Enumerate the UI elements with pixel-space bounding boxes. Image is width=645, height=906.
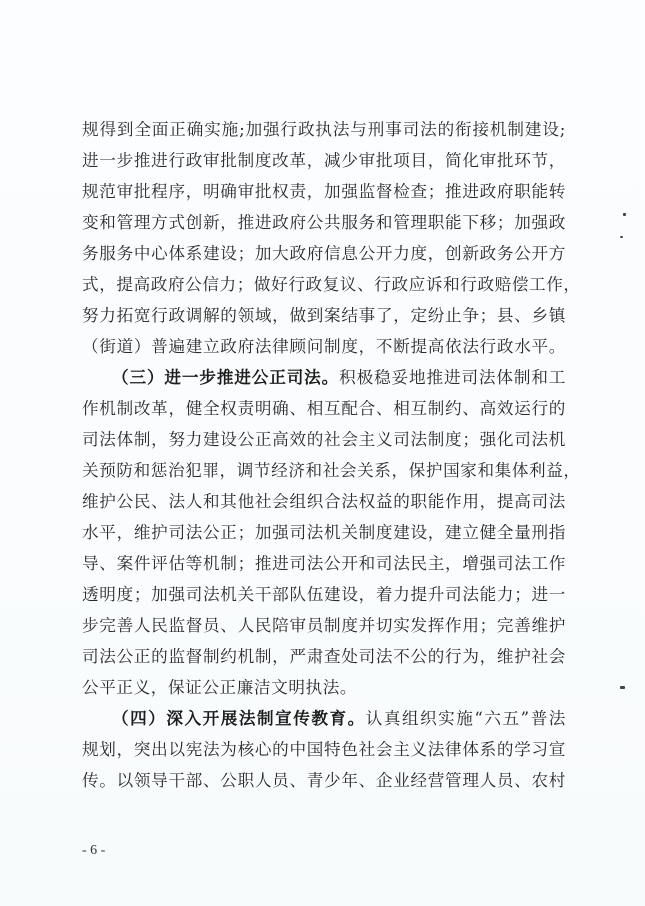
text-line: 规得到全面正确实施;加强行政执法与刑事司法的衔接机制建设; (82, 114, 566, 145)
text-line: 导、案件评估等机制；推进司法公开和司法民主，增强司法工作 (82, 548, 566, 579)
text-line: 传。以领导干部、公职人员、青少年、企业经营管理人员、农村 (82, 765, 566, 796)
text-line: 透明度；加强司法机关干部队伍建设，着力提升司法能力；进一 (82, 579, 566, 610)
scan-speck (623, 213, 626, 216)
section-4-first-line: （四）深入开展法制宣传教育。认真组织实施“六五”普法 (82, 703, 566, 734)
text-line: 作机制改革，健全权责明确、相互配合、相互制约、高效运行的 (82, 393, 566, 424)
text-line: 关预防和惩治犯罪，调节经济和社会关系，保护国家和集体利益， (82, 455, 566, 486)
text-line: 式，提高政府公信力；做好行政复议、行政应诉和行政赔偿工作， (82, 269, 566, 300)
section-3-first-line: （三）进一步推进公正司法。积极稳妥地推进司法体制和工 (82, 362, 566, 393)
text-line: 司法公正的监督制约机制，严肃查处司法不公的行为，维护社会 (82, 641, 566, 672)
section-3-first-line-text: 积极稳妥地推进司法体制和工 (339, 368, 566, 387)
text-line: 务服务中心体系建设；加大政府信息公开力度，创新政务公开方 (82, 238, 566, 269)
section-4-first-line-text: 认真组织实施“六五”普法 (366, 709, 566, 728)
section-3-heading: （三）进一步推进公正司法。 (112, 367, 339, 387)
text-line: 司法体制，努力建设公正高效的社会主义司法制度；强化司法机 (82, 424, 566, 455)
text-line: 维护公民、法人和其他社会组织合法权益的职能作用，提高司法 (82, 486, 566, 517)
scan-speck (620, 686, 625, 689)
body-text: 规得到全面正确实施;加强行政执法与刑事司法的衔接机制建设; 进一步推进行政审批制… (82, 114, 566, 796)
text-line: 水平，维护司法公正；加强司法机关制度建设，建立健全量刑指 (82, 517, 566, 548)
text-line: 规范审批程序，明确审批权责，加强监督检查；推进政府职能转 (82, 176, 566, 207)
text-line: 变和管理方式创新，推进政府公共服务和管理职能下移；加强政 (82, 207, 566, 238)
page-number: - 6 - (82, 843, 105, 859)
scan-speck (620, 236, 623, 238)
text-line: 规划，突出以宪法为核心的中国特色社会主义法律体系的学习宣 (82, 734, 566, 765)
section-4-heading: （四）深入开展法制宣传教育。 (112, 708, 366, 728)
text-line: 努力拓宽行政调解的领域，做到案结事了，定纷止争；县、乡镇 (82, 300, 566, 331)
text-line: （街道）普遍建立政府法律顾问制度，不断提高依法行政水平。 (82, 331, 566, 362)
text-line: 进一步推进行政审批制度改革，减少审批项目，简化审批环节， (82, 145, 566, 176)
text-line: 步完善人民监督员、人民陪审员制度并切实发挥作用；完善维护 (82, 610, 566, 641)
text-line: 公平正义，保证公正廉洁文明执法。 (82, 672, 566, 703)
document-page: 规得到全面正确实施;加强行政执法与刑事司法的衔接机制建设; 进一步推进行政审批制… (0, 0, 645, 906)
